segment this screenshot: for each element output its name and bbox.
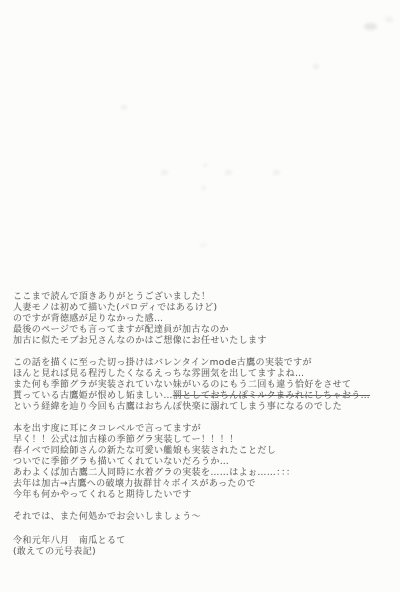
colophon-note: (敢えての元号表記) xyxy=(13,547,393,558)
paragraph-wishes: 本を出す度に耳にタコレベルで言ってますが 早く！！公式は加古様の季節グラ実装して… xyxy=(13,424,393,501)
struck-text-segment: 罰としておちんぽミルクまみれにしちゃおう… xyxy=(173,391,370,401)
text-line: ほんと見れば見る程汚したくなるえっちな雰囲気を出してますよね… xyxy=(13,369,393,380)
text-line: それでは、また何処かでお会いしましょう～ xyxy=(13,512,393,523)
text-line: 今年も何かやってくれると期待したいです xyxy=(13,490,393,501)
text-line: 本を出す度に耳にタコレベルで言ってますが xyxy=(13,424,393,435)
text-line: ついでに季節グラも描いてくれていないだろうか… xyxy=(13,457,393,468)
scan-smudge xyxy=(121,105,127,110)
text-line: 人妻モノは初めて描いた(パロディではあるけど) xyxy=(13,303,393,314)
paragraph-story-origin: この話を描くに至った切っ掛けはバレンタインmode古鷹の実装ですが ほんと見れば… xyxy=(13,358,393,413)
text-line: ここまで読んで頂きありがとうございました！ xyxy=(13,292,393,303)
scan-smudge xyxy=(273,170,280,175)
text-line: 春イベで同絵師さんの新たな可愛い艦娘も実装されたことだし xyxy=(13,446,393,457)
colophon-date-author: 令和元年八月 南瓜とるて xyxy=(13,536,393,547)
text-line: 加古に似たモブお兄さんなのかはご想像にお任せいたします xyxy=(13,336,393,347)
paragraph-thanks: ここまで読んで頂きありがとうございました！ 人妻モノは初めて描いた(パロディでは… xyxy=(13,292,393,347)
scan-smudge xyxy=(385,17,393,22)
scan-smudge xyxy=(225,170,232,175)
text-line: あわよくば加古鷹二人同時に水着グラの実装を……はよぉ……：：： xyxy=(13,468,393,479)
text-line: のですが背徳感が足りなかった感… xyxy=(13,314,393,325)
scan-smudge xyxy=(203,163,208,167)
scan-smudge xyxy=(201,186,206,190)
text-line: 最後のページでも言ってますが配達員が加古なのか xyxy=(13,325,393,336)
afterword-text-block: ここまで読んで頂きありがとうございました！ 人妻モノは初めて描いた(パロディでは… xyxy=(13,292,393,569)
colophon: 令和元年八月 南瓜とるて (敢えての元号表記) xyxy=(13,536,393,558)
text-line: 去年は加古→古鷹への破壊力抜群甘々ボイスがあったので xyxy=(13,479,393,490)
text-line-with-strikethrough: 貰っている古鷹姫が恨めし妬ましい…罰としておちんぽミルクまみれにしちゃおう… xyxy=(13,391,393,402)
scanned-afterword-page: ここまで読んで頂きありがとうございました！ 人妻モノは初めて描いた(パロディでは… xyxy=(0,0,400,592)
scan-smudge xyxy=(200,243,206,247)
scan-smudge xyxy=(313,64,319,69)
text-line: また何も季節グラが実装されていない妹がいるのにもう二回も違う恰好をさせて xyxy=(13,380,393,391)
text-line: この話を描くに至った切っ掛けはバレンタインmode古鷹の実装ですが xyxy=(13,358,393,369)
closing-line: それでは、また何処かでお会いしましょう～ xyxy=(13,512,393,523)
text-line: という経緯を辿り今回も古鷹はおちんぽ快楽に溺れてしまう事になるのでした xyxy=(13,402,393,413)
scan-smudge xyxy=(161,170,168,175)
text-line: 早く！！公式は加古様の季節グラ実装してー！！！！ xyxy=(13,435,393,446)
text-segment: 貰っている古鷹姫が恨めし妬ましい… xyxy=(13,391,173,401)
scan-smudge xyxy=(364,23,377,30)
